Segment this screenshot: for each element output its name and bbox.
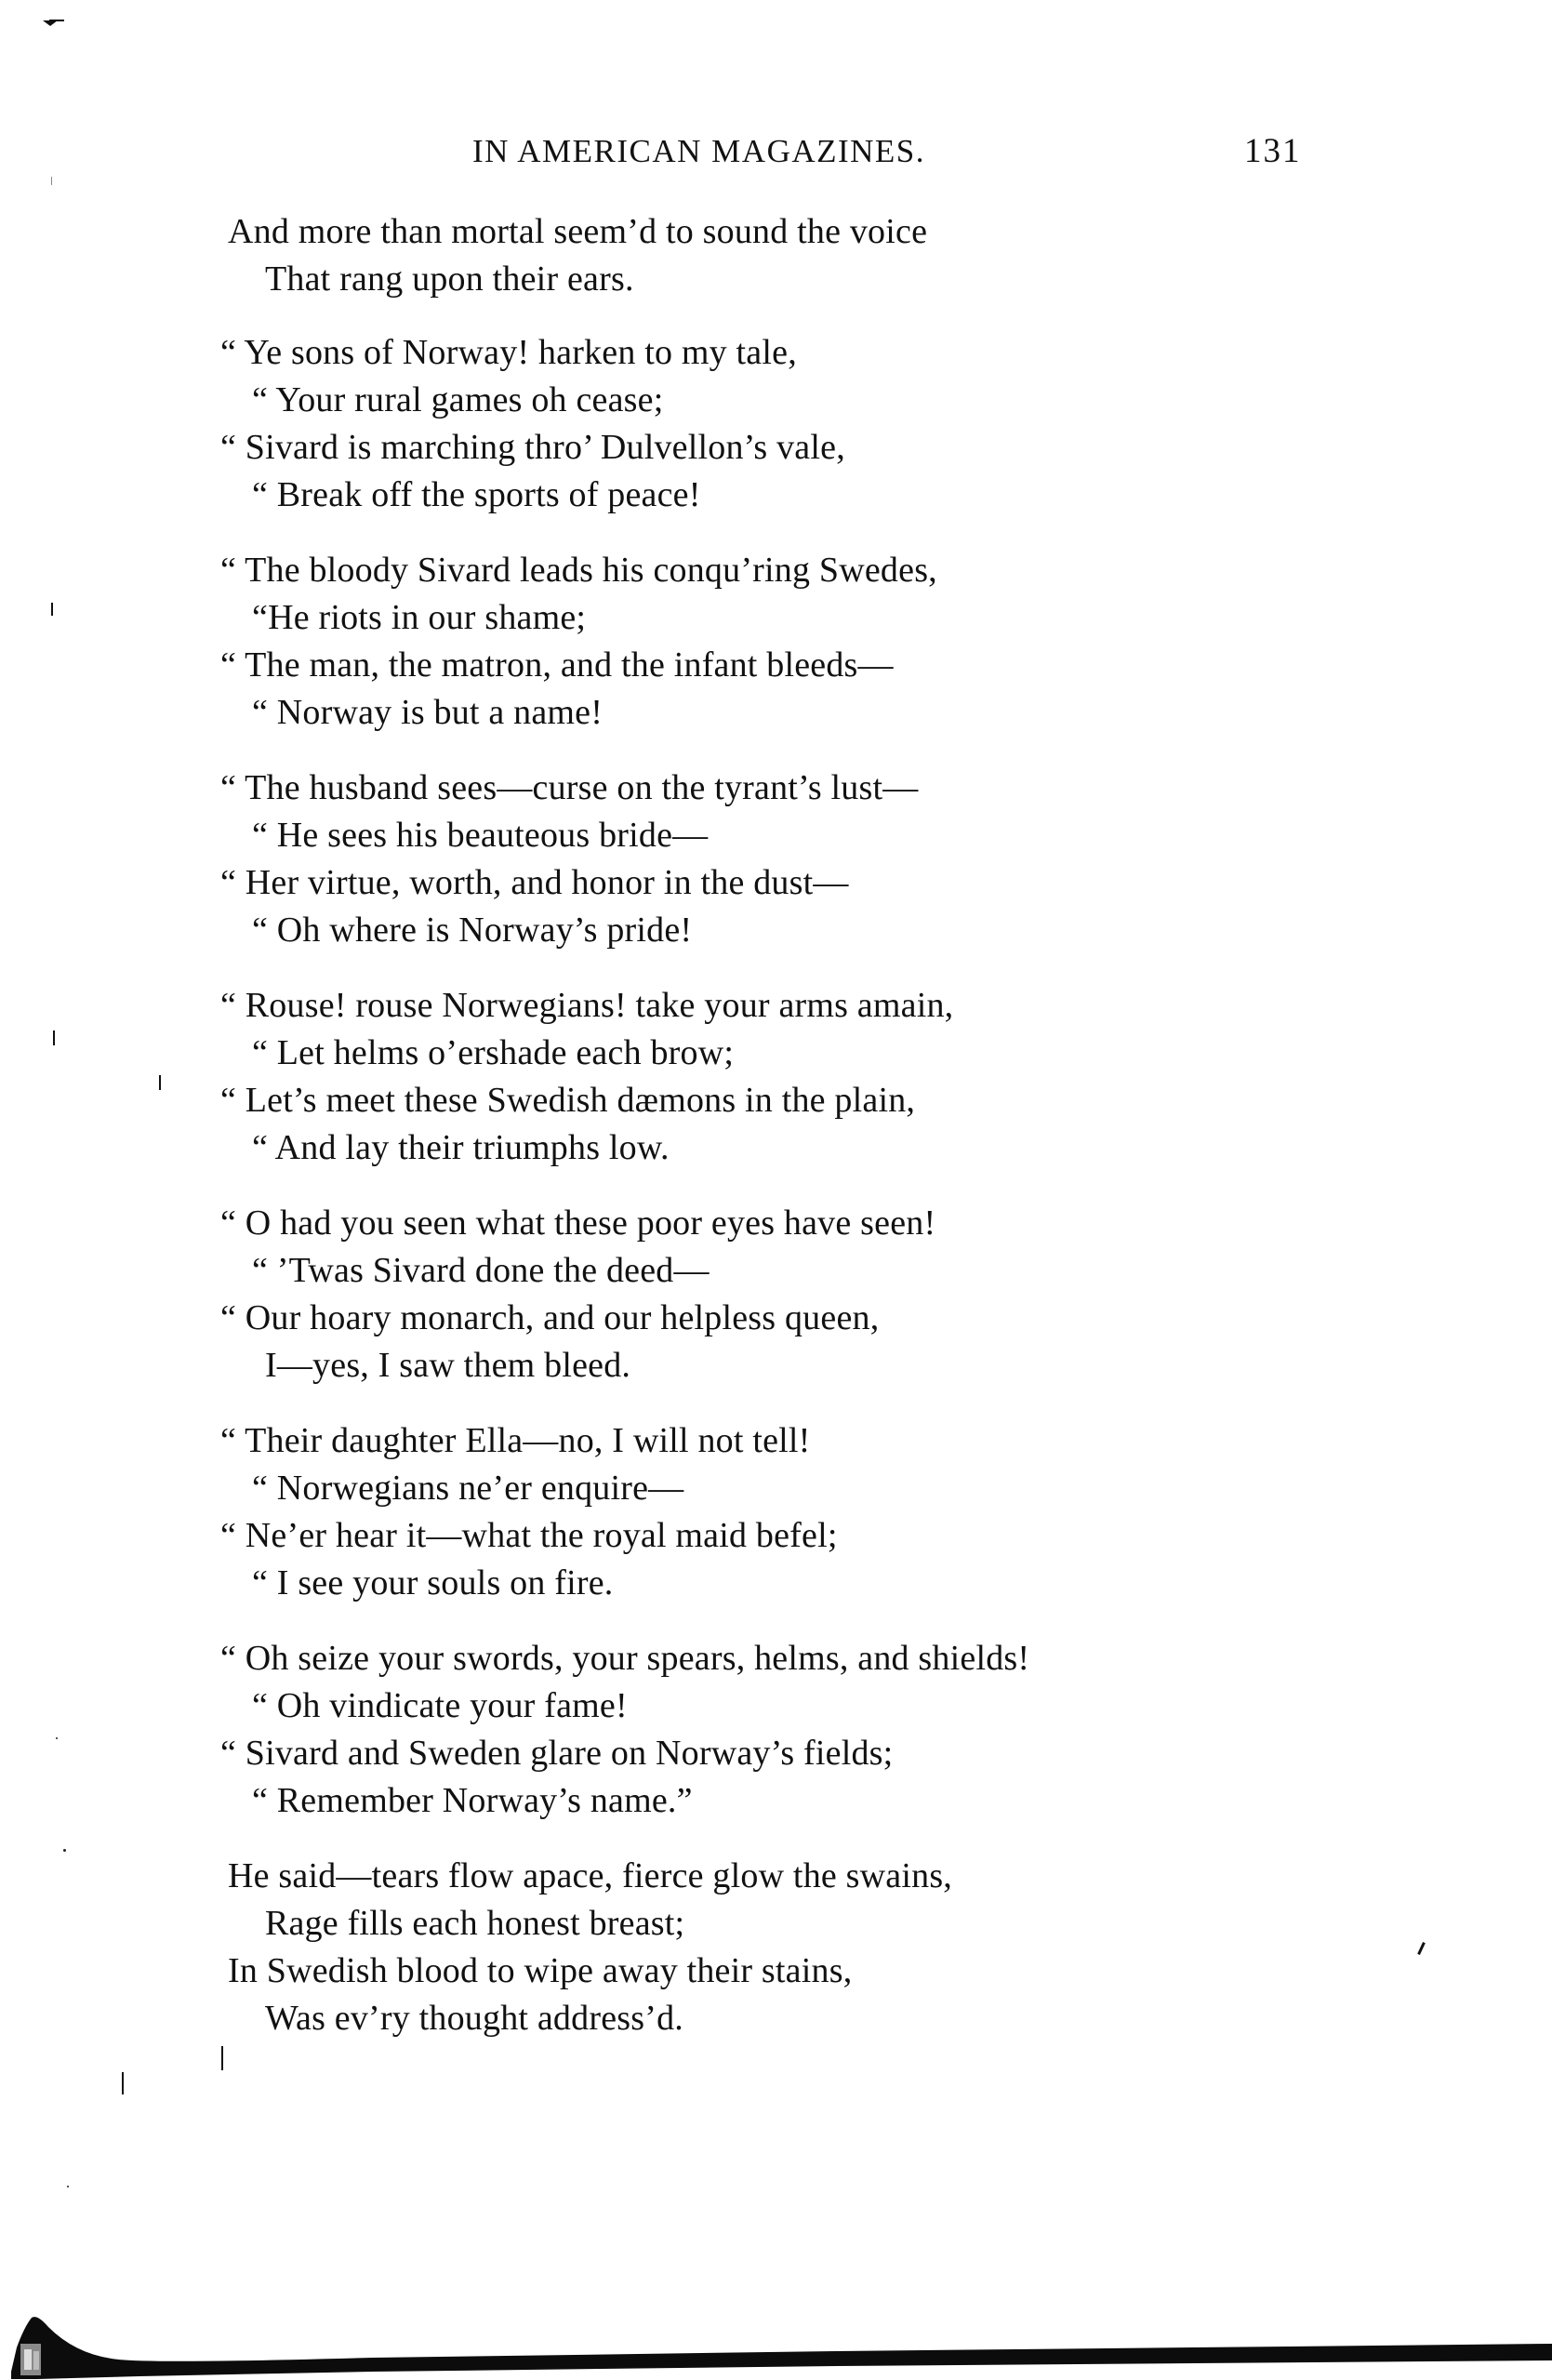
verse-line: “ The man, the matron, and the infant bl… — [220, 642, 1344, 689]
stanza: “ The husband sees—curse on the tyrant’s… — [228, 765, 1344, 954]
verse-line: “ Sivard and Sweden glare on Norway’s fi… — [220, 1730, 1344, 1777]
verse-line: Was ev’ry thought address’d. — [228, 1995, 1344, 2042]
verse-line: “ Your rural games oh cease; — [220, 377, 1344, 424]
scan-page-curl — [0, 2307, 1552, 2380]
verse-line: “ Break off the sports of peace! — [220, 472, 1344, 519]
stanza: “ Rouse! rouse Norwegians! take your arm… — [228, 982, 1344, 1172]
verse-line: “ Norwegians ne’er enquire— — [220, 1465, 1344, 1512]
margin-mark — [122, 2072, 124, 2094]
poem-body: And more than mortal seem’d to sound the… — [228, 208, 1344, 2070]
verse-line: “ And lay their triumphs low. — [220, 1124, 1344, 1172]
verse-line: “ Oh vindicate your fame! — [220, 1682, 1344, 1730]
verse-line: “ I see your souls on fire. — [220, 1560, 1344, 1607]
margin-mark — [1417, 1942, 1426, 1955]
verse-line: “ Oh seize your swords, your spears, hel… — [220, 1635, 1344, 1682]
stanza: “ The bloody Sivard leads his conqu’ring… — [228, 547, 1344, 737]
verse-line: “ Our hoary monarch, and our helpless qu… — [220, 1295, 1344, 1342]
verse-line: Rage fills each honest breast; — [228, 1900, 1344, 1948]
stanza: “ Oh seize your swords, your spears, hel… — [228, 1635, 1344, 1825]
stanza: “ Their daughter Ella—no, I will not tel… — [228, 1417, 1344, 1607]
verse-line: “ Norway is but a name! — [220, 689, 1344, 737]
verse-line: “ The husband sees—curse on the tyrant’s… — [220, 765, 1344, 812]
verse-line: “ Rouse! rouse Norwegians! take your arm… — [220, 982, 1344, 1030]
verse-line: “ Sivard is marching thro’ Dulvellon’s v… — [220, 424, 1344, 472]
verse-line: “ Remember Norway’s name.” — [220, 1777, 1344, 1825]
running-header: IN AMERICAN MAGAZINES. 131 — [0, 130, 1552, 173]
scan-speck — [67, 2186, 69, 2187]
stanza: And more than mortal seem’d to sound the… — [228, 208, 1344, 303]
verse-line: “ Let’s meet these Swedish dæmons in the… — [220, 1077, 1344, 1124]
verse-line: “ Her virtue, worth, and honor in the du… — [220, 859, 1344, 907]
verse-line: “ Let helms o’ershade each brow; — [220, 1030, 1344, 1077]
margin-mark — [221, 2046, 223, 2070]
stanza: “ O had you seen what these poor eyes ha… — [228, 1200, 1344, 1389]
scan-corner-mark — [43, 20, 58, 26]
verse-line: In Swedish blood to wipe away their stai… — [228, 1948, 1344, 1995]
verse-line: “ Oh where is Norway’s pride! — [220, 907, 1344, 954]
margin-mark — [51, 603, 53, 616]
margin-mark — [159, 1075, 161, 1090]
verse-line: “ O had you seen what these poor eyes ha… — [220, 1200, 1344, 1247]
verse-line: “ ’Twas Sivard done the deed— — [220, 1247, 1344, 1295]
running-title: IN AMERICAN MAGAZINES. — [472, 130, 925, 173]
stanza: “ Ye sons of Norway! harken to my tale, … — [228, 329, 1344, 519]
verse-line: And more than mortal seem’d to sound the… — [228, 208, 1344, 256]
margin-mark — [51, 177, 52, 185]
verse-line: That rang upon their ears. — [228, 256, 1344, 303]
margin-mark — [53, 1030, 55, 1045]
verse-line: He said—tears flow apace, fierce glow th… — [228, 1853, 1344, 1900]
verse-line: “ Ye sons of Norway! harken to my tale, — [220, 329, 1344, 377]
verse-line: I—yes, I saw them bleed. — [228, 1342, 1344, 1389]
verse-line: “ He sees his beauteous bride— — [220, 812, 1344, 859]
page-number: 131 — [1244, 130, 1302, 173]
verse-line: “He riots in our shame; — [220, 594, 1344, 642]
scan-speck — [56, 1737, 58, 1739]
verse-line: “ Ne’er hear it—what the royal maid befe… — [220, 1512, 1344, 1560]
stanza: He said—tears flow apace, fierce glow th… — [228, 1853, 1344, 2042]
verse-line: “ Their daughter Ella—no, I will not tel… — [220, 1417, 1344, 1465]
book-page: IN AMERICAN MAGAZINES. 131 And more than… — [0, 0, 1552, 2380]
verse-line: “ The bloody Sivard leads his conqu’ring… — [220, 547, 1344, 594]
scan-speck — [63, 1849, 66, 1852]
